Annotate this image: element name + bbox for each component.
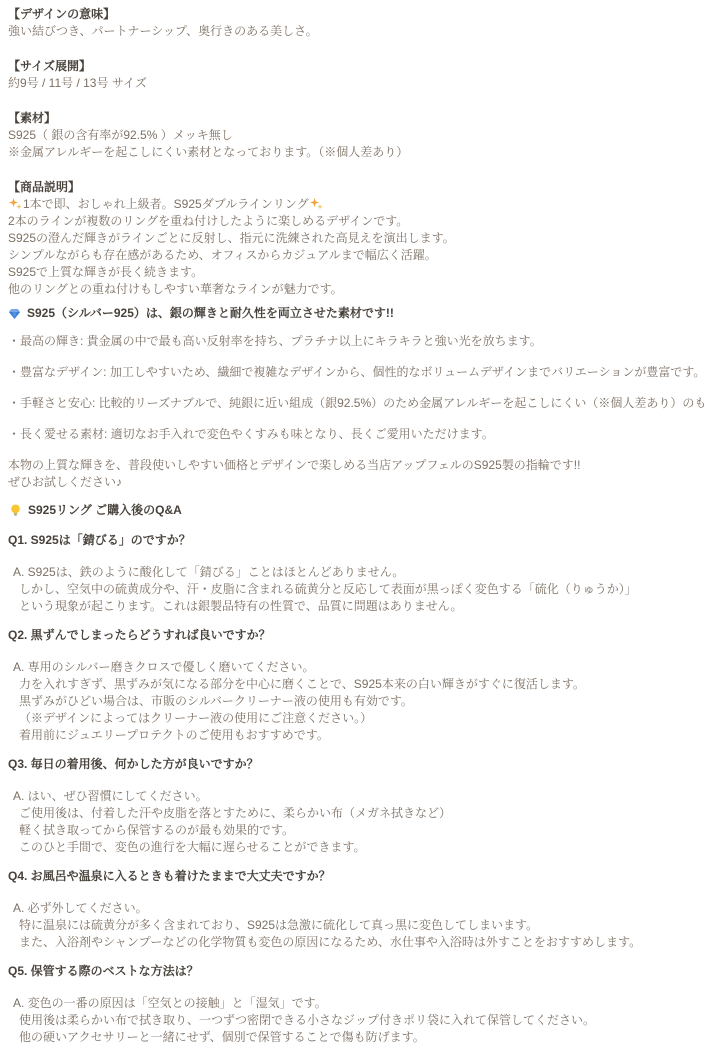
lightbulb-icon bbox=[10, 504, 21, 517]
closing-message: 本物の上質な輝きを、普段使いしやすい価格とデザインで楽しめる当店アップフェルのS… bbox=[8, 457, 701, 491]
merit-bullet: ・最高の輝き: 貴金属の中で最も高い反射率を持ち、プラチナ以上にキラキラと強い光… bbox=[8, 333, 701, 350]
sparkles-icon bbox=[9, 197, 22, 210]
qa-item: Q4. お風呂や温泉に入るときも着けたままで大丈夫ですか？ A. 必ず外してくだ… bbox=[8, 868, 701, 951]
closing-line: ぜひお試しください♪ bbox=[8, 474, 701, 491]
qa-answer-line: A. はい、ぜひ習慣にしてください。 bbox=[8, 788, 701, 805]
section-title: 【デザインの意味】 bbox=[8, 6, 701, 23]
material-info-section: 【素材】 S925（ 銀の含有率が92.5% ）メッキ無し ※金属アレルギーを起… bbox=[8, 110, 701, 161]
section-title: 【商品説明】 bbox=[8, 179, 701, 196]
qa-answer-line: 軽く拭き取ってから保管するのが最も効果的です。 bbox=[8, 822, 701, 839]
catch-line: 1本で即、おしゃれ上級者。S925ダブルラインリング bbox=[8, 196, 701, 213]
qa-item: Q5. 保管する際のベストな方法は？ A. 変色の一番の原因は「空気との接触」と… bbox=[8, 963, 701, 1046]
qa-answer-line: 特に温泉には硫黄分が多く含まれており、S925は急激に硫化して真っ黒に変色してし… bbox=[8, 917, 701, 934]
merit-bullet: ・豊富なデザイン: 加工しやすいため、繊細で複雑なデザインから、個性的なボリュー… bbox=[8, 364, 701, 381]
closing-line: 本物の上質な輝きを、普段使いしやすい価格とデザインで楽しめる当店アップフェルのS… bbox=[8, 457, 701, 474]
qa-answer: A. 必ず外してください。 特に温泉には硫黄分が多く含まれており、S925は急激… bbox=[8, 900, 701, 951]
qa-answer-line: 他の硬いアクセサリーと一緒にせず、個別で保管することで傷も防げます。 bbox=[8, 1029, 701, 1046]
section-text: 約9号 / 11号 / 13号 サイズ bbox=[8, 75, 701, 92]
qa-answer-line: A. 変色の一番の原因は「空気との接触」と「湿気」です。 bbox=[8, 995, 701, 1012]
description-line: 他のリングとの重ね付けもしやすい華奢なラインが魅力です。 bbox=[8, 281, 701, 298]
qa-heading: S925リング ご購入後のQ&A bbox=[8, 502, 701, 519]
qa-answer: A. 変色の一番の原因は「空気との接触」と「湿気」です。 使用後は柔らかい布で拭… bbox=[8, 995, 701, 1046]
qa-answer-line: A. S925は、鉄のように酸化して「錆びる」ことはほとんどありません。 bbox=[8, 564, 701, 581]
section-text: ※金属アレルギーを起こしにくい素材となっております。（※個人差あり） bbox=[8, 144, 701, 161]
description-line: シンプルながらも存在感があるため、オフィスからカジュアルまで幅広く活躍。 bbox=[8, 247, 701, 264]
description-line: 2本のラインが複数のリングを重ね付けしたように楽しめるデザインです。 bbox=[8, 213, 701, 230]
qa-question: Q5. 保管する際のベストな方法は？ bbox=[8, 963, 701, 980]
product-description-page: 【デザインの意味】 強い結びつき、パートナーシップ、奥行きのある美しさ。 【サイ… bbox=[8, 6, 701, 1046]
size-range-section: 【サイズ展開】 約9号 / 11号 / 13号 サイズ bbox=[8, 58, 701, 92]
qa-section: S925リング ご購入後のQ&A Q1. S925は「錆びる」のですか？ A. … bbox=[8, 502, 701, 1046]
qa-item: Q3. 毎日の着用後、何かした方が良いですか？ A. はい、ぜひ習慣にしてくださ… bbox=[8, 756, 701, 856]
product-description-section: 【商品説明】 1本で即、おしゃれ上級者。S925ダブルラインリング 2本のライン… bbox=[8, 179, 701, 298]
qa-answer: A. S925は、鉄のように酸化して「錆びる」ことはほとんどありません。 しかし… bbox=[8, 564, 701, 615]
qa-answer-line: ご使用後は、付着した汗や皮脂を落とすために、柔らかい布（メガネ拭きなど） bbox=[8, 805, 701, 822]
qa-answer-line: しかし、空気中の硫黄成分や、汗・皮脂に含まれる硫黄分と反応して表面が黒っぽく変色… bbox=[8, 581, 701, 598]
qa-answer-line: 着用前にジュエリープロテクトのご使用もおすすめです。 bbox=[8, 727, 701, 744]
sparkles-icon bbox=[310, 197, 323, 210]
qa-heading-text: S925リング ご購入後のQ&A bbox=[28, 502, 182, 519]
qa-item: Q2. 黒ずんでしまったらどうすれば良いですか？ A. 専用のシルバー磨きクロス… bbox=[8, 627, 701, 744]
merit-bullet: ・長く愛せる素材: 適切なお手入れで変色やくすみも味となり、長くご愛用いただけま… bbox=[8, 426, 701, 443]
qa-answer-line: 力を入れすぎず、黒ずみが気になる部分を中心に磨くことで、S925本来の白い輝きが… bbox=[8, 676, 701, 693]
design-meaning-section: 【デザインの意味】 強い結びつき、パートナーシップ、奥行きのある美しさ。 bbox=[8, 6, 701, 40]
material-merits-heading: S925（シルバー925）は、銀の輝きと耐久性を両立させた素材です!! bbox=[8, 305, 701, 322]
qa-question: Q2. 黒ずんでしまったらどうすれば良いですか？ bbox=[8, 627, 701, 644]
section-title: 【素材】 bbox=[8, 110, 701, 127]
description-line: S925で上質な輝きが長く続きます。 bbox=[8, 264, 701, 281]
qa-question: Q3. 毎日の着用後、何かした方が良いですか？ bbox=[8, 756, 701, 773]
material-merits-heading-text: S925（シルバー925）は、銀の輝きと耐久性を両立させた素材です!! bbox=[27, 305, 394, 322]
qa-question: Q4. お風呂や温泉に入るときも着けたままで大丈夫ですか？ bbox=[8, 868, 701, 885]
qa-answer-line: 使用後は柔らかい布で拭き取り、一つずつ密閉できる小さなジップ付きポリ袋に入れて保… bbox=[8, 1012, 701, 1029]
qa-answer-line: A. 必ず外してください。 bbox=[8, 900, 701, 917]
qa-question: Q1. S925は「錆びる」のですか？ bbox=[8, 532, 701, 549]
description-line: S925の澄んだ輝きがラインごとに反射し、指元に洗練された高見えを演出します。 bbox=[8, 230, 701, 247]
section-title: 【サイズ展開】 bbox=[8, 58, 701, 75]
qa-answer-line: （※デザインによってはクリーナー液の使用にご注意ください。） bbox=[8, 710, 701, 727]
catch-line-text: 1本で即、おしゃれ上級者。S925ダブルラインリング bbox=[23, 197, 309, 211]
qa-answer-line: 黒ずみがひどい場合は、市販のシルバークリーナー液の使用も有効です。 bbox=[8, 693, 701, 710]
qa-answer-line: という現象が起こります。これは銀製品特有の性質で、品質に問題はありません。 bbox=[8, 598, 701, 615]
merit-bullet: ・手軽さと安心: 比較的リーズナブルで、純銀に近い組成（銀92.5%）のため金属… bbox=[8, 395, 701, 412]
qa-answer-line: また、入浴剤やシャンプーなどの化学物質も変色の原因になるため、水仕事や入浴時は外… bbox=[8, 934, 701, 951]
gem-icon bbox=[8, 308, 21, 320]
section-text: 強い結びつき、パートナーシップ、奥行きのある美しさ。 bbox=[8, 23, 701, 40]
qa-answer: A. 専用のシルバー磨きクロスで優しく磨いてください。 力を入れすぎず、黒ずみが… bbox=[8, 659, 701, 744]
material-merits-section: S925（シルバー925）は、銀の輝きと耐久性を両立させた素材です!! ・最高の… bbox=[8, 305, 701, 491]
qa-answer: A. はい、ぜひ習慣にしてください。 ご使用後は、付着した汗や皮脂を落とすために… bbox=[8, 788, 701, 856]
section-text: S925（ 銀の含有率が92.5% ）メッキ無し bbox=[8, 127, 701, 144]
qa-item: Q1. S925は「錆びる」のですか？ A. S925は、鉄のように酸化して「錆… bbox=[8, 532, 701, 615]
qa-answer-line: A. 専用のシルバー磨きクロスで優しく磨いてください。 bbox=[8, 659, 701, 676]
qa-answer-line: このひと手間で、変色の進行を大幅に遅らせることができます。 bbox=[8, 839, 701, 856]
